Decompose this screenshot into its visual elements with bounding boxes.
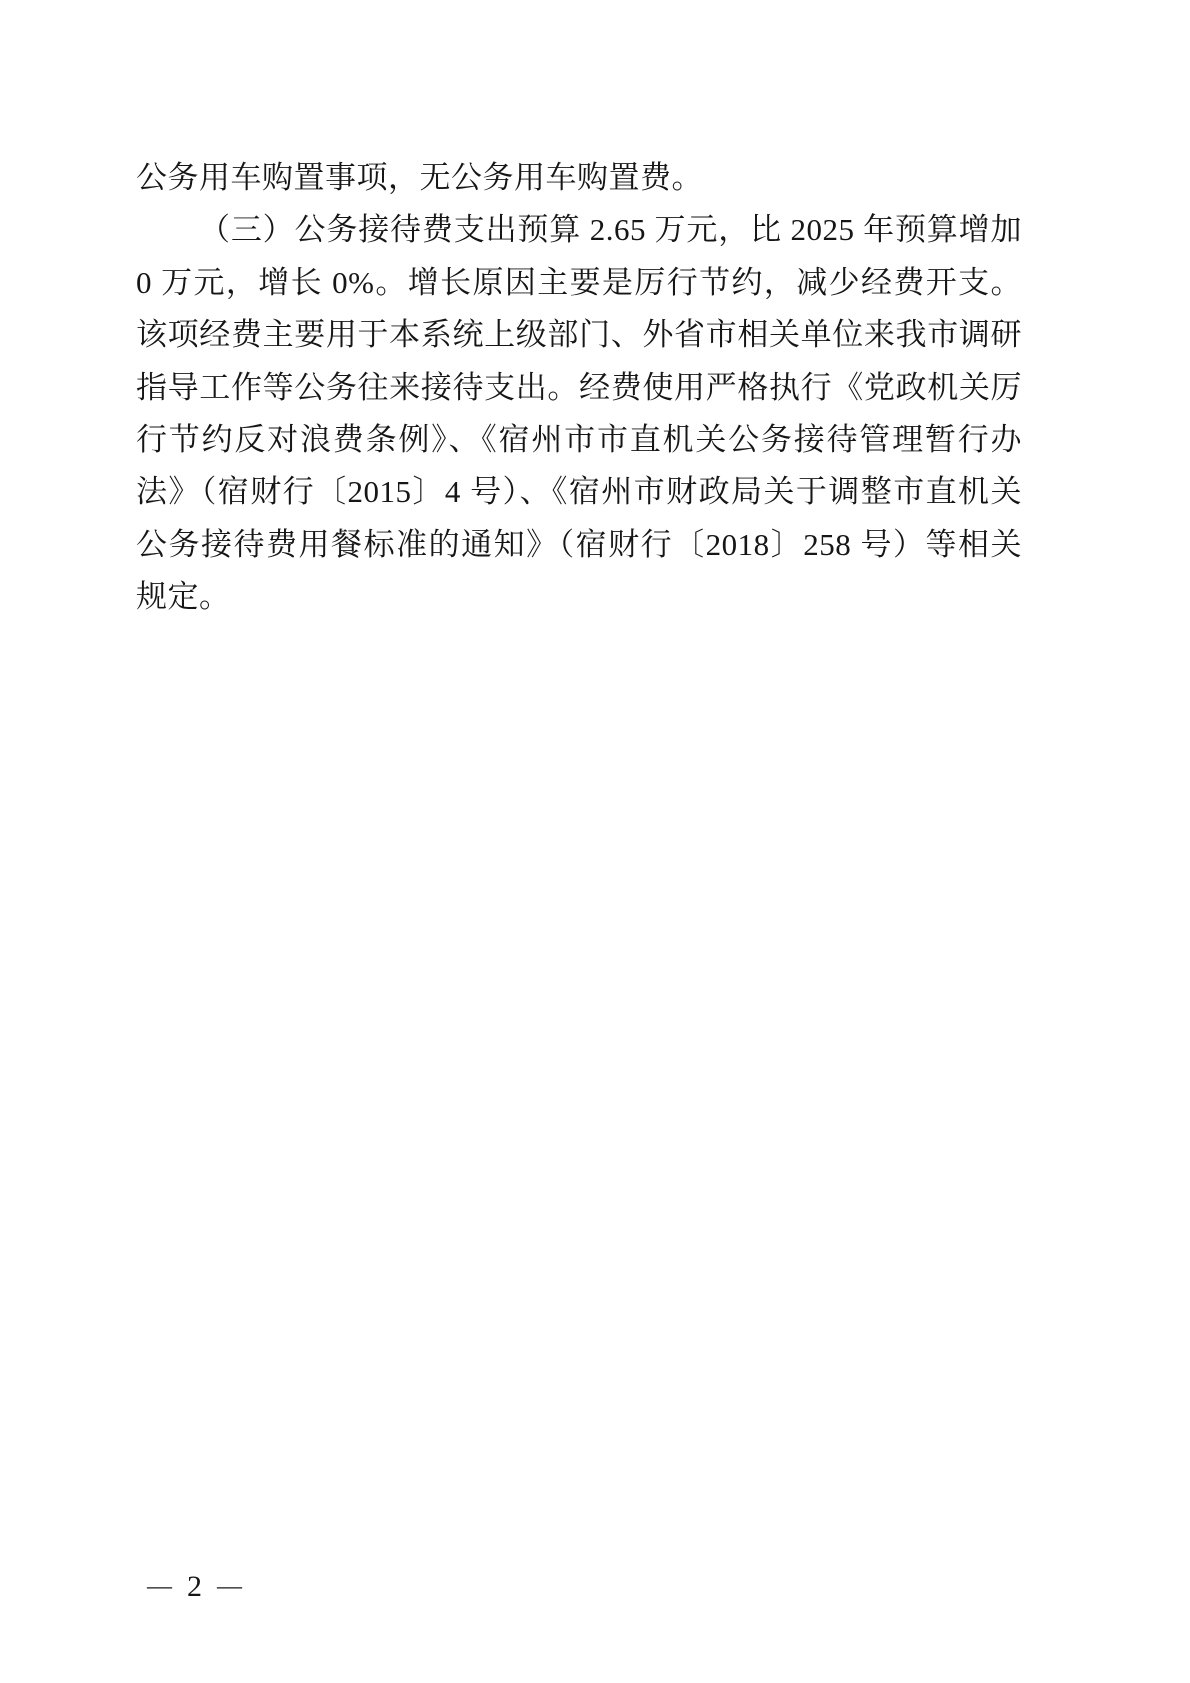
- body-line: 公务接待费用餐标准的通知》（宿财行〔2018〕258 号）等相关: [136, 519, 1022, 571]
- document-page: 公务用车购置事项，无公务用车购置费。 （三）公务接待费支出预算 2.65 万元，…: [0, 0, 1190, 1683]
- body-line: 规定。: [136, 571, 1022, 623]
- page-footer: — 2 —: [147, 1572, 242, 1602]
- body-line: 该项经费主要用于本系统上级部门、外省市相关单位来我市调研: [136, 309, 1022, 361]
- body-line: 0 万元，增长 0%。增长原因主要是厉行节约，减少经费开支。: [136, 257, 1022, 309]
- body-line: 法》（宿财行〔2015〕4 号）、《宿州市财政局关于调整市直机关: [136, 466, 1022, 518]
- footer-dash-left: —: [147, 1572, 172, 1602]
- body-line: （三）公务接待费支出预算 2.65 万元，比 2025 年预算增加: [136, 204, 1022, 256]
- body-line: 指导工作等公务往来接待支出。经费使用严格执行《党政机关厉: [136, 362, 1022, 414]
- body-text-block: 公务用车购置事项，无公务用车购置费。 （三）公务接待费支出预算 2.65 万元，…: [136, 152, 1022, 624]
- body-line: 公务用车购置事项，无公务用车购置费。: [136, 152, 1022, 204]
- body-line: 行节约反对浪费条例》、《宿州市市直机关公务接待管理暂行办: [136, 414, 1022, 466]
- page-number: 2: [187, 1572, 202, 1602]
- footer-dash-right: —: [217, 1572, 242, 1602]
